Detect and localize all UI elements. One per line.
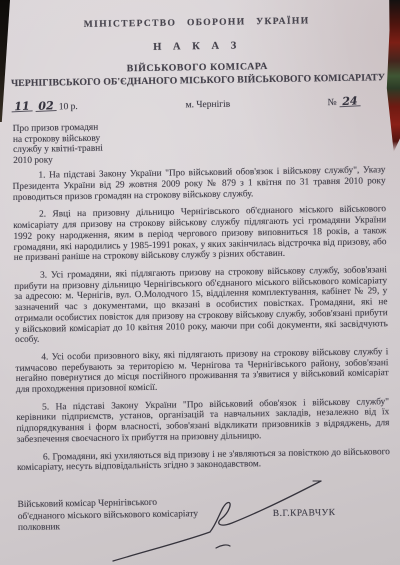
subject-line: 2010 року [13, 154, 143, 167]
order-title: Н А К А З [10, 38, 383, 55]
ministry-heading: МІНІСТЕРСТВО ОБОРОНИ УКРАЇНИ [10, 14, 383, 31]
handwritten-day: 11 [11, 101, 33, 112]
signatory-title: Військовий комісар Чернігівського об'єдн… [18, 496, 274, 535]
year-suffix: 10 р. [59, 102, 78, 112]
subject-block: Про призов громадян на строкову військов… [13, 122, 144, 166]
order-paragraph-5: 5. На підставі Закону України "Про війсь… [16, 397, 390, 446]
date-field: 11 02 10 р. [11, 100, 143, 113]
order-document: МІНІСТЕРСТВО ОБОРОНИ УКРАЇНИ Н А К А З В… [0, 0, 400, 565]
document-photo: МІНІСТЕРСТВО ОБОРОНИ УКРАЇНИ Н А К А З В… [0, 0, 400, 565]
order-paragraph-4: 4. Усі особи призовного віку, які підляг… [15, 347, 389, 396]
order-paragraph-6: 6. Громадяни, які ухиляються від призову… [17, 447, 390, 474]
order-paragraph-1: 1. На підставі Закону України "Про війсь… [12, 166, 385, 204]
doc-number: № 24 [272, 96, 384, 109]
order-paragraph-2: 2. Явці на призовну дільницю Чернігівськ… [13, 205, 387, 264]
handwritten-number: 24 [339, 96, 361, 107]
doc-number-label: № [328, 98, 337, 108]
order-paragraph-3: 3. Усі громадяни, які підлягають призову… [14, 265, 388, 346]
meta-row: 11 02 10 р. м. Чернігів № 24 [11, 96, 384, 113]
place-name: м. Чернігів [143, 99, 272, 111]
signature-block: Військовий комісар Чернігівського об'єдн… [18, 494, 392, 535]
handwritten-month: 02 [35, 101, 57, 112]
signatory-name: В.Г.КРАВЧУК [273, 494, 392, 531]
